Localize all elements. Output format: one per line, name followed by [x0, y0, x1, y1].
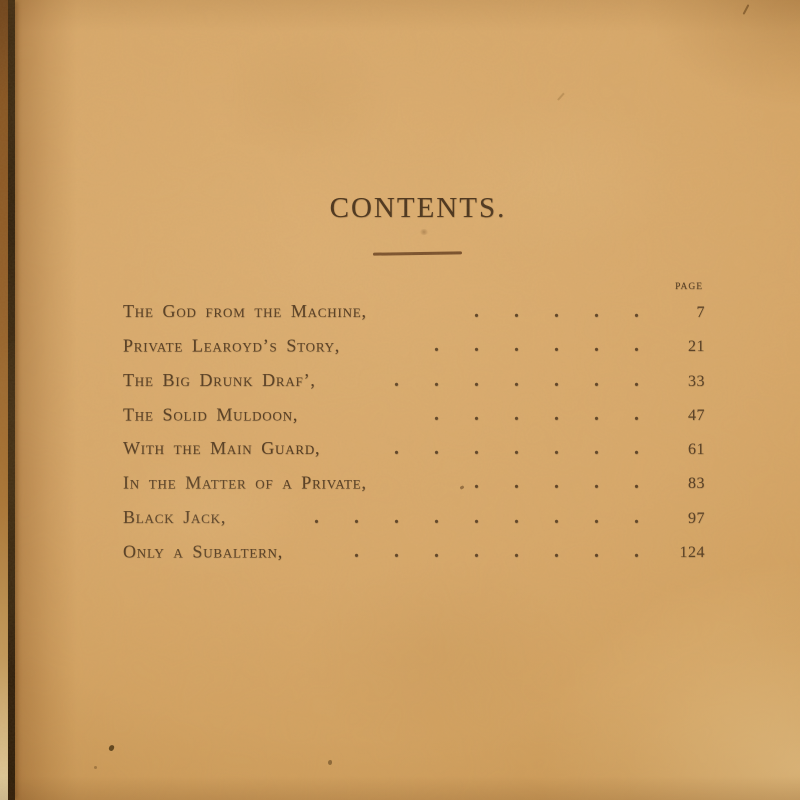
- toc-entry-title: With the Main Guard,: [123, 431, 320, 465]
- toc-entry: Private Learoyd’s Story, . . . . . . 21: [123, 328, 705, 362]
- heading-rule: [373, 251, 462, 255]
- table-of-contents: PAGE The God from the Machine, . . . . .…: [123, 281, 705, 568]
- toc-entry: Only a Subaltern, . . . . . . . . 124: [123, 534, 705, 568]
- toc-entry: The Solid Muldoon, . . . . . . 47: [123, 397, 705, 431]
- book-page-photo: CONTENTS. PAGE The God from the Machine,…: [0, 0, 800, 800]
- toc-entry-page-number: 7: [661, 296, 705, 330]
- contents-heading: CONTENTS.: [38, 192, 798, 225]
- dot-leader: . . . . . .: [340, 328, 661, 362]
- toc-entry: The God from the Machine, . . . . . 7: [123, 294, 705, 328]
- toc-entry: With the Main Guard, . . . . . . . 61: [123, 431, 705, 465]
- book-spine-edge: [0, 0, 8, 800]
- toc-entry-page-number: 124: [661, 536, 705, 570]
- dot-leader: . . . . . . .: [320, 431, 661, 465]
- paper-speck: [328, 760, 332, 765]
- page-column-label: PAGE: [123, 281, 705, 294]
- dot-leader: . . . . . . .: [316, 363, 661, 397]
- toc-entry-title: The God from the Machine,: [123, 294, 367, 328]
- ink-smudge: [419, 229, 429, 235]
- paper-fiber-speck: [557, 93, 564, 101]
- toc-entry-title: The Solid Muldoon,: [123, 397, 298, 431]
- toc-entry-title: The Big Drunk Draf’,: [123, 363, 316, 397]
- dot-leader: . . . . . . . .: [283, 534, 661, 568]
- dot-leader: . . . . .: [367, 294, 661, 328]
- paper-speck: [94, 766, 97, 769]
- paper-fiber-speck: [743, 4, 750, 15]
- toc-entry-page-number: 33: [661, 365, 705, 399]
- toc-entry-title: Private Learoyd’s Story,: [123, 329, 340, 363]
- paper-speck: [108, 744, 114, 751]
- page-gutter-shadow: [15, 0, 77, 800]
- dot-leader: . . . . . .: [298, 397, 661, 431]
- toc-entry: Black Jack, . . . . . . . . . 97: [123, 500, 705, 534]
- toc-entry-title: Black Jack,: [123, 500, 226, 534]
- toc-entry: In the Matter of a Private, . . . . . 83: [123, 465, 705, 499]
- toc-entry-title: In the Matter of a Private,: [123, 466, 367, 500]
- toc-entry-page-number: 61: [661, 433, 705, 467]
- toc-entry-page-number: 83: [661, 467, 705, 501]
- toc-entry: The Big Drunk Draf’, . . . . . . . 33: [123, 363, 705, 397]
- toc-entry-title: Only a Subaltern,: [123, 534, 283, 568]
- toc-entry-page-number: 47: [661, 399, 705, 433]
- dot-leader: . . . . .: [367, 465, 661, 499]
- toc-entry-page-number: 21: [661, 330, 705, 364]
- dot-leader: . . . . . . . . .: [226, 500, 661, 534]
- spine-shadow-line: [8, 0, 15, 800]
- toc-entry-page-number: 97: [661, 502, 705, 536]
